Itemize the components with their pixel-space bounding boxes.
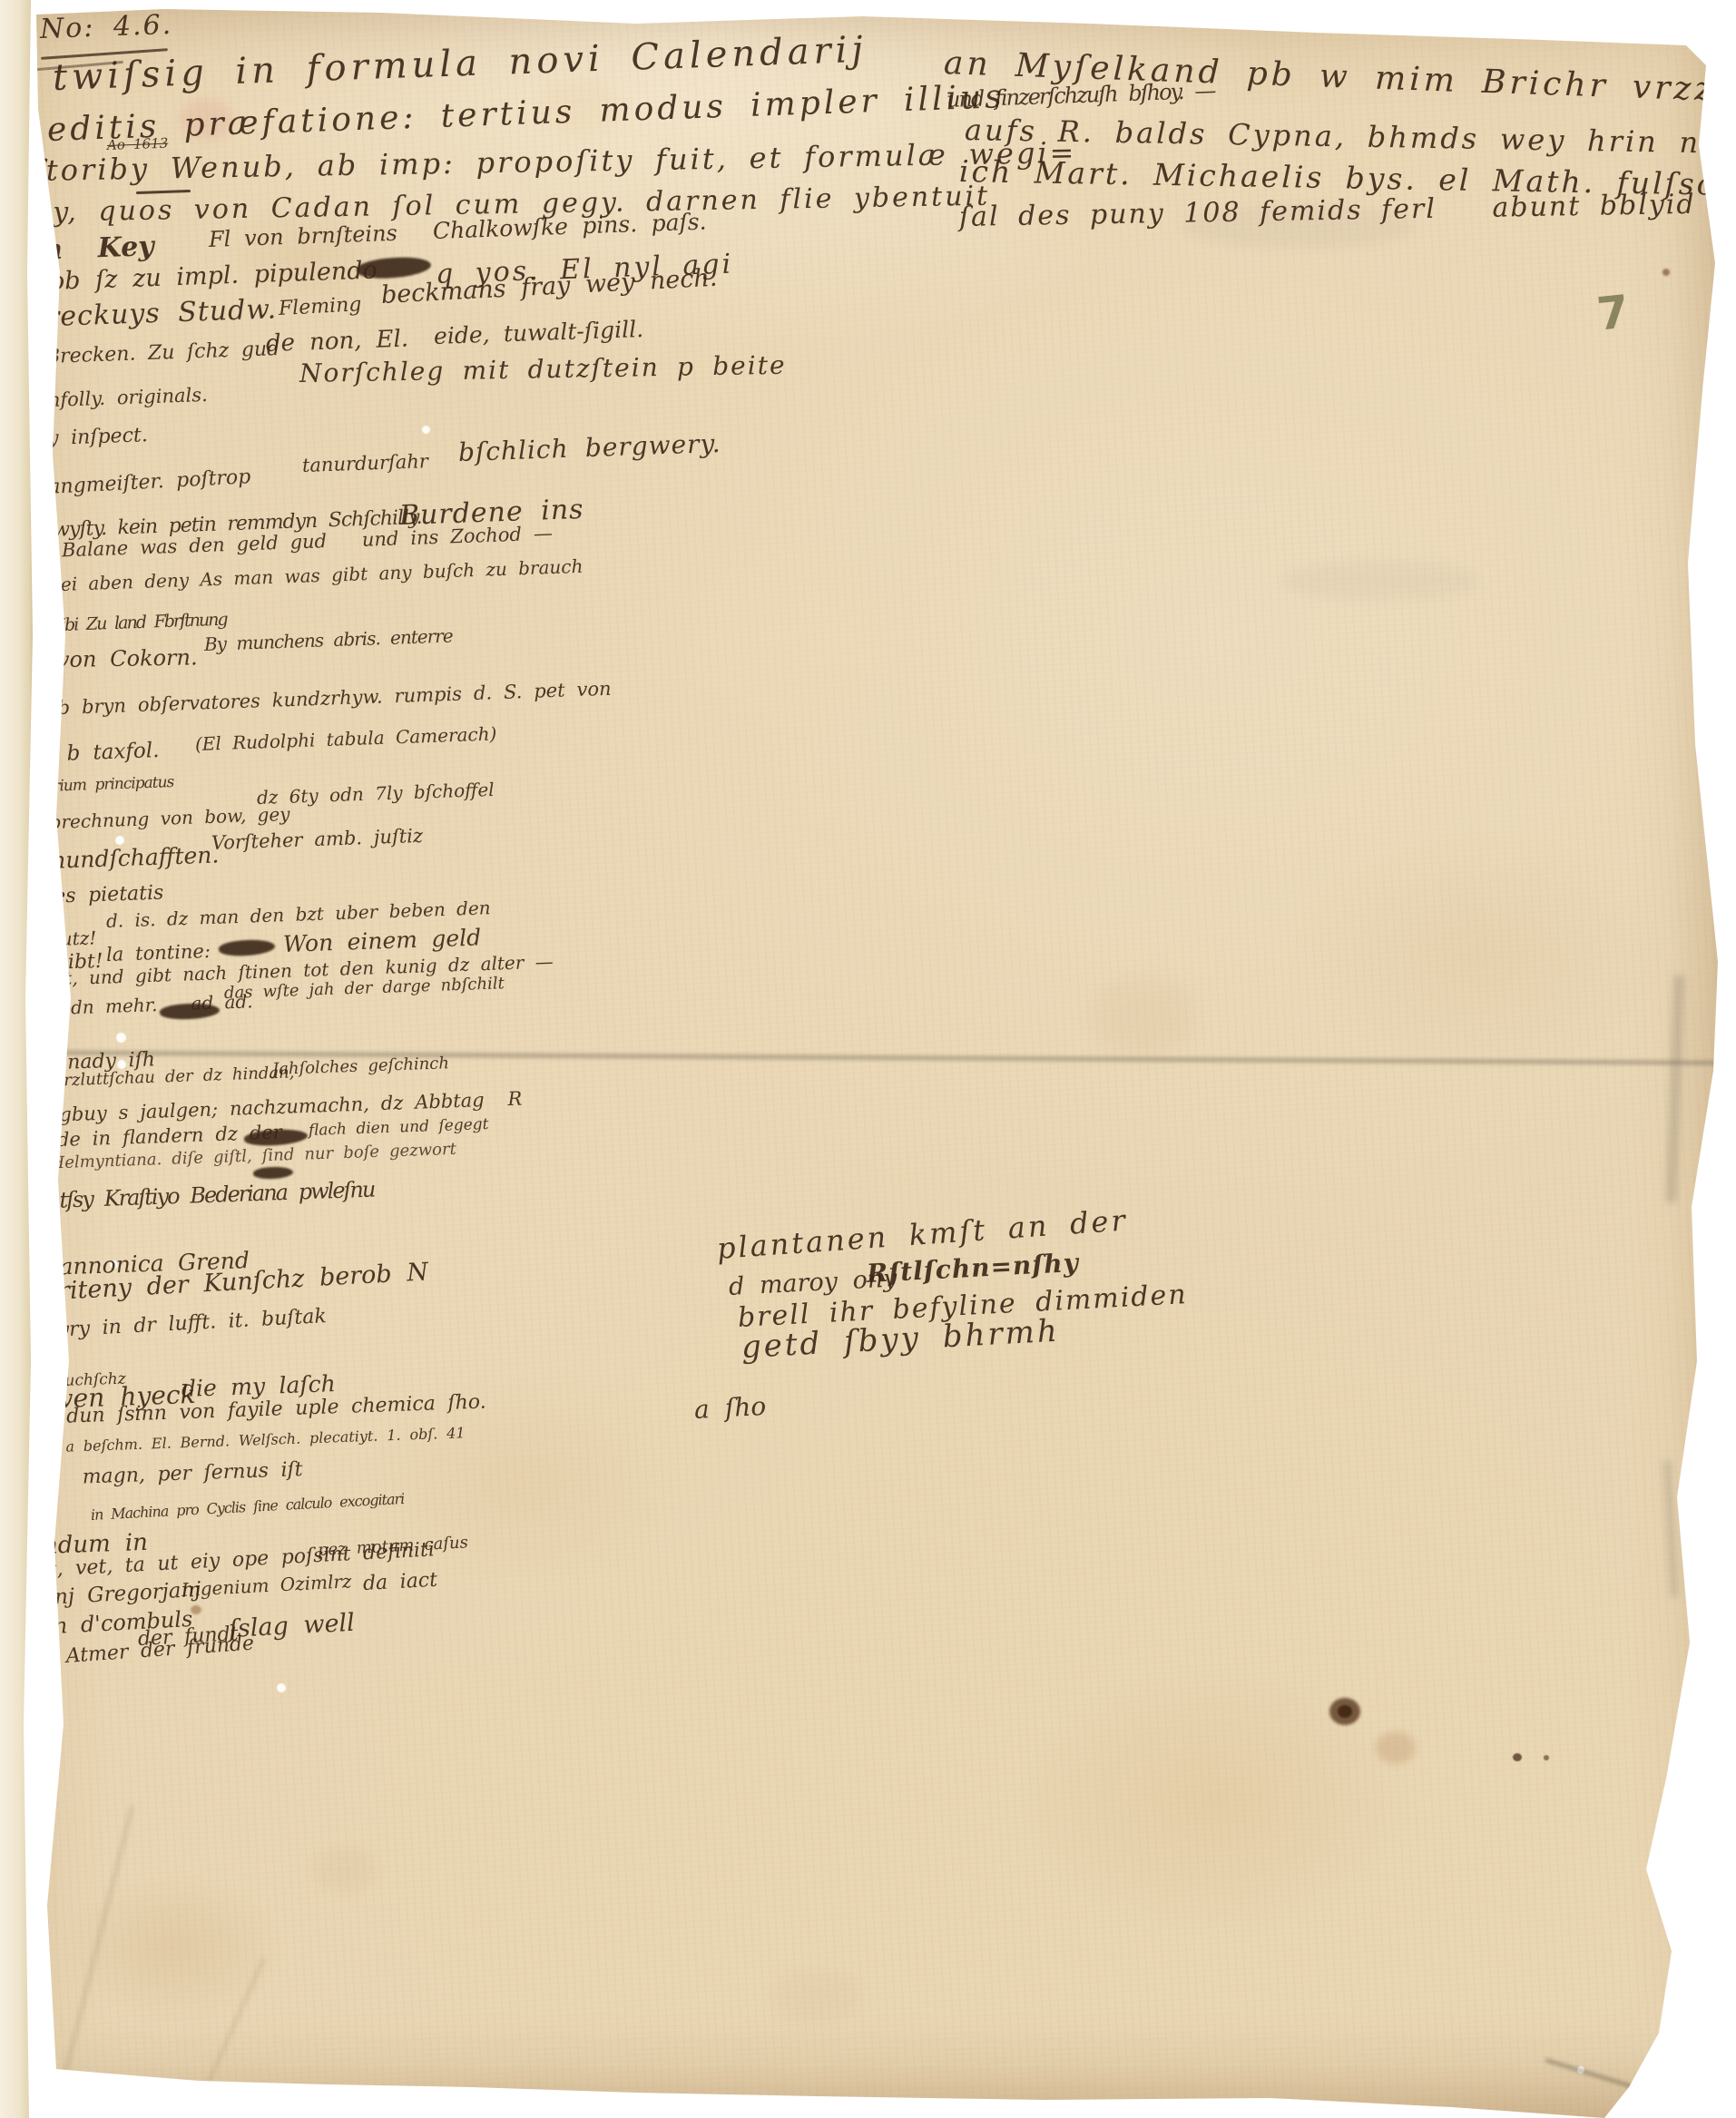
paper-stain <box>1280 560 1479 602</box>
page-number-pencil: 7 <box>1594 285 1632 340</box>
manuscript-line: a ſho <box>693 1394 767 1423</box>
paper-stain <box>771 1969 862 2024</box>
paper-stain <box>1089 976 1198 1057</box>
paper-hole <box>277 1683 286 1692</box>
manuscript-line: tanurdurſahr <box>302 452 429 476</box>
manuscript-line: en Key <box>25 233 154 265</box>
paper-stain <box>1376 1731 1416 1764</box>
paper-hole <box>422 426 430 434</box>
paper-hole <box>116 1033 126 1043</box>
manuscript-line: Fleming <box>278 295 362 319</box>
manuscript-line: la tontine: <box>106 942 211 965</box>
manuscript-line: de non, El. <box>266 328 409 356</box>
archival-number: No: 4.6. <box>39 12 172 44</box>
manuscript-line: aby inſpect. <box>23 426 149 450</box>
manuscript-line: Fl von brnſteins <box>209 222 398 250</box>
paper-stain <box>1662 269 1670 276</box>
paper-stain <box>313 1847 377 1892</box>
paper-stain <box>1338 1705 1352 1718</box>
paper-hole <box>115 836 124 845</box>
manuscript-line: da iact <box>362 1571 437 1594</box>
manuscript-line: mg von Cokorn. <box>9 646 198 672</box>
manuscript-line: ſterutz! <box>27 928 97 949</box>
manuscript-fragment: Ao 1613 <box>107 137 169 152</box>
manuscript-sheet: No: 4.6. twiſsig in formula novi Calenda… <box>0 0 1736 2118</box>
paper-stain <box>1544 1755 1549 1760</box>
manuscript-line: Won einem geld <box>283 926 482 956</box>
adjacent-page-edge <box>0 0 34 2118</box>
manuscript-line: ontes pietatis <box>21 884 164 908</box>
scan-background: No: 4.6. twiſsig in formula novi Calenda… <box>0 0 1736 2118</box>
manuscript-line: eide, tuwalt-ſigill. <box>434 318 644 348</box>
paper-stain <box>1513 1753 1522 1761</box>
manuscript-line: Vimundſchafften. <box>21 843 220 873</box>
